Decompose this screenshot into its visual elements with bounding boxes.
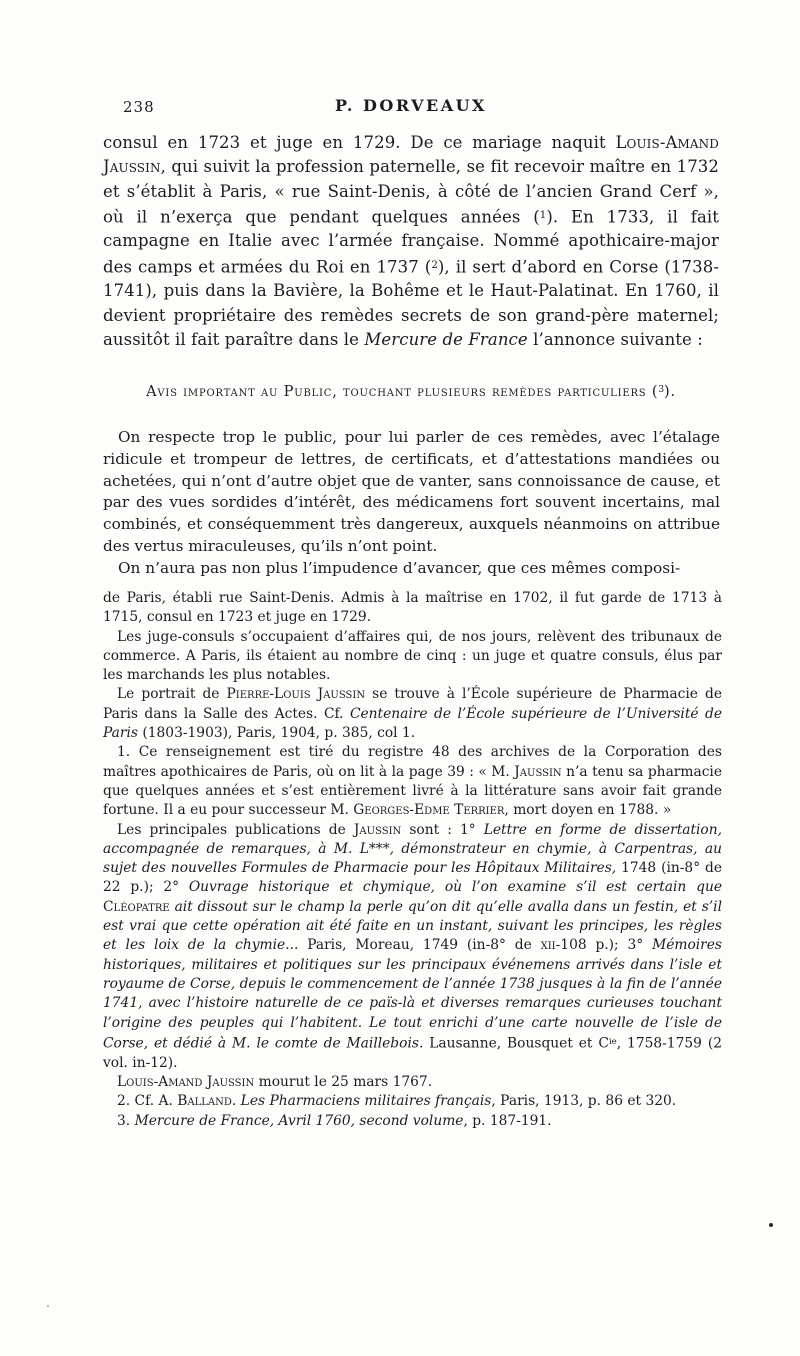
text-segment: Lausanne, Bousquet et C xyxy=(423,1035,609,1051)
text-segment: Les principales publications de xyxy=(117,822,354,838)
text-segment: xii xyxy=(541,937,556,953)
footnote-2: 2. Cf. A. Balland. Les Pharmaciens milit… xyxy=(103,1092,722,1111)
text-segment: mourut le 25 mars 1767. xyxy=(254,1074,432,1090)
scan-speck xyxy=(47,1305,49,1307)
text-segment: 3. xyxy=(117,1113,135,1129)
text-segment: Le portrait de xyxy=(117,686,227,702)
text-segment: On n’aura pas non plus l’impudence d’ava… xyxy=(118,559,680,577)
footnote-continuation-2: Les juge-consuls s’occupaient d’affaires… xyxy=(103,628,722,686)
text-segment: l’annonce suivante : xyxy=(528,330,703,349)
notice-heading: Avis important au Public, touchant plusi… xyxy=(103,384,719,400)
text-segment: sont : 1° xyxy=(401,822,483,838)
text-segment: , p. 187-191. xyxy=(463,1113,551,1129)
running-title: P. DORVEAUX xyxy=(103,96,719,115)
text-segment: On respecte trop le public, pour lui par… xyxy=(103,428,720,555)
text-segment: Avis important au Public, touchant plusi… xyxy=(146,384,658,400)
text-segment: Cléopatre xyxy=(103,899,170,915)
text-segment: Mercure de France, Avril 1760, second vo… xyxy=(135,1113,464,1129)
text-segment: consul en 1723 et juge en 1729. De ce ma… xyxy=(103,133,615,152)
quote-paragraph-1: On respecte trop le public, pour lui par… xyxy=(103,427,720,558)
text-segment: Mercure de France xyxy=(364,330,527,349)
footnote-1-death: Louis-Amand Jaussin mourut le 25 mars 17… xyxy=(103,1073,722,1092)
scanned-book-page: 238 P. DORVEAUX consul en 1723 et juge e… xyxy=(0,0,800,1356)
text-segment: Ouvrage historique et chymique, où l’on … xyxy=(189,879,722,895)
text-segment: ie xyxy=(609,1037,617,1047)
body-paragraph: consul en 1723 et juge en 1729. De ce ma… xyxy=(103,131,719,352)
footnote-3: 3. Mercure de France, Avril 1760, second… xyxy=(103,1112,722,1131)
scan-speck xyxy=(769,1223,773,1227)
text-segment: Balland xyxy=(177,1093,232,1109)
footnote-1-publications: Les principales publications de Jaussin … xyxy=(103,821,722,1073)
text-segment: Jaussin xyxy=(354,822,401,838)
text-segment: . xyxy=(232,1093,241,1109)
running-header: 238 P. DORVEAUX xyxy=(103,96,719,118)
text-segment: Paris, Moreau, 1749 (in-8° de xyxy=(298,937,540,953)
footnote-1: 1. Ce renseignement est tiré du registre… xyxy=(103,743,722,820)
text-segment: ). xyxy=(664,384,676,400)
text-segment: Pierre-Louis Jaussin xyxy=(227,686,366,702)
quote-paragraph-2: On n’aura pas non plus l’impudence d’ava… xyxy=(103,558,720,580)
text-segment: -108 p.); 3° xyxy=(556,937,652,953)
text-segment: de Paris, établi rue Saint-Denis. Admis … xyxy=(103,590,722,625)
quote-block: On respecte trop le public, pour lui par… xyxy=(103,427,720,580)
text-segment: 2. Cf. A. xyxy=(117,1093,177,1109)
text-segment: , Paris, 1913, p. 86 et 320. xyxy=(491,1093,676,1109)
text-segment: (1803-1903), Paris, 1904, p. 385, col 1. xyxy=(138,725,415,741)
footnote-continuation-1: de Paris, établi rue Saint-Denis. Admis … xyxy=(103,589,722,628)
footnote-continuation-3: Le portrait de Pierre-Louis Jaussin se t… xyxy=(103,685,722,743)
text-segment: Louis-Amand Jaussin xyxy=(117,1074,254,1090)
text-segment: , mort doyen en 1788. » xyxy=(504,802,671,818)
text-segment: Georges-Edme Terrier xyxy=(353,802,504,818)
text-segment: Les Pharmaciens militaires français xyxy=(241,1093,492,1109)
text-segment: Jaussin xyxy=(514,764,561,780)
text-segment: Les juge-consuls s’occupaient d’affaires… xyxy=(103,629,722,684)
footnotes-block: de Paris, établi rue Saint-Denis. Admis … xyxy=(103,589,722,1131)
